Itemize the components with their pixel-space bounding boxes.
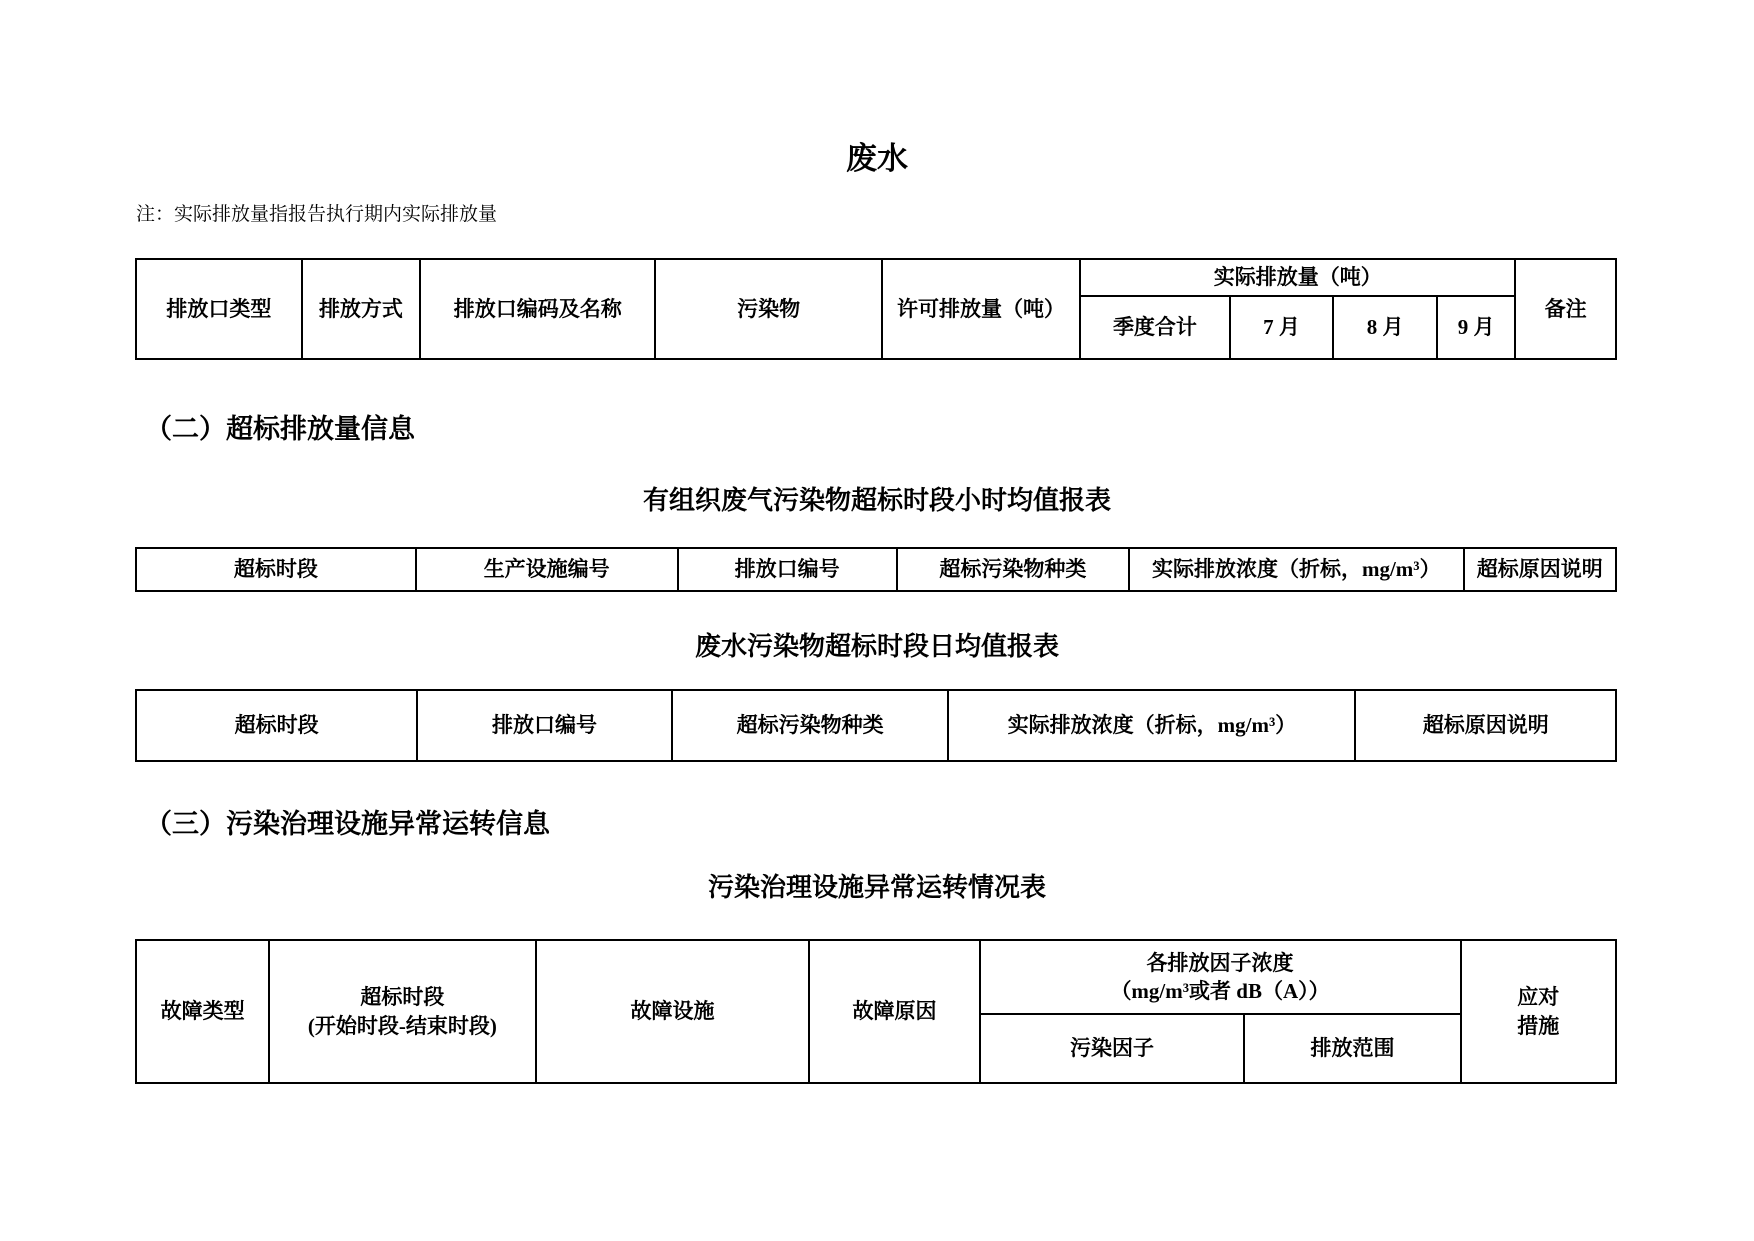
header-exceed-pollutant-type: 超标污染物种类 <box>672 690 949 761</box>
header-exceed-reason: 超标原因说明 <box>1355 690 1616 761</box>
header-actual-concentration: 实际排放浓度（折标，mg/m³） <box>1129 548 1463 591</box>
response-line1: 应对 <box>1466 983 1611 1011</box>
factor-group-line1: 各排放因子浓度 <box>985 949 1456 977</box>
page-title: 废水 <box>0 133 1754 178</box>
header-month-9: 9 月 <box>1437 296 1515 359</box>
water-exceed-table: 超标时段 排放口编号 超标污染物种类 实际排放浓度（折标，mg/m³） 超标原因… <box>135 689 1617 762</box>
header-exceed-reason: 超标原因说明 <box>1464 548 1616 591</box>
header-pollution-factor: 污染因子 <box>980 1014 1245 1083</box>
fault-period-line2: (开始时段-结束时段) <box>274 1012 530 1040</box>
header-response-measures: 应对 措施 <box>1461 940 1616 1083</box>
header-month-7: 7 月 <box>1230 296 1334 359</box>
header-outlet-number: 排放口编号 <box>678 548 897 591</box>
header-month-8: 8 月 <box>1333 296 1437 359</box>
header-permitted-amount: 许可排放量（吨） <box>882 259 1080 359</box>
header-factor-concentration-group: 各排放因子浓度 （mg/m³或者 dB（A）） <box>980 940 1461 1014</box>
header-outlet-type: 排放口类型 <box>136 259 302 359</box>
gas-exceed-table-title: 有组织废气污染物超标时段小时均值报表 <box>0 480 1754 517</box>
response-line2: 措施 <box>1466 1012 1611 1040</box>
gas-exceed-table: 超标时段 生产设施编号 排放口编号 超标污染物种类 实际排放浓度（折标，mg/m… <box>135 547 1617 592</box>
header-fault-reason: 故障原因 <box>809 940 979 1083</box>
factor-group-line2: （mg/m³或者 dB（A）） <box>985 977 1456 1005</box>
header-quarter-total: 季度合计 <box>1080 296 1229 359</box>
header-fault-type: 故障类型 <box>136 940 269 1083</box>
header-pollutant: 污染物 <box>655 259 881 359</box>
header-actual-amount-group: 实际排放量（吨） <box>1080 259 1515 296</box>
header-remarks: 备注 <box>1515 259 1616 359</box>
header-actual-concentration: 实际排放浓度（折标，mg/m³） <box>948 690 1355 761</box>
header-fault-period: 超标时段 (开始时段-结束时段) <box>269 940 535 1083</box>
header-discharge-mode: 排放方式 <box>302 259 420 359</box>
section-2-heading: （二）超标排放量信息 <box>145 407 415 446</box>
header-outlet-number: 排放口编号 <box>417 690 672 761</box>
abnormal-table-title: 污染治理设施异常运转情况表 <box>0 867 1754 904</box>
note-text: 注：实际排放量指报告执行期内实际排放量 <box>136 199 497 226</box>
water-exceed-table-title: 废水污染物超标时段日均值报表 <box>0 626 1754 663</box>
header-emission-range: 排放范围 <box>1244 1014 1460 1083</box>
header-exceed-period: 超标时段 <box>136 548 416 591</box>
wastewater-emission-table: 排放口类型 排放方式 排放口编码及名称 污染物 许可排放量（吨） 实际排放量（吨… <box>135 258 1617 360</box>
section-3-heading: （三）污染治理设施异常运转信息 <box>145 802 550 841</box>
header-production-facility-code: 生产设施编号 <box>416 548 678 591</box>
header-fault-facility: 故障设施 <box>536 940 810 1083</box>
header-exceed-period: 超标时段 <box>136 690 417 761</box>
header-outlet-code-name: 排放口编码及名称 <box>420 259 655 359</box>
fault-period-line1: 超标时段 <box>274 983 530 1011</box>
abnormal-operation-table: 故障类型 超标时段 (开始时段-结束时段) 故障设施 故障原因 各排放因子浓度 … <box>135 939 1617 1084</box>
header-exceed-pollutant-type: 超标污染物种类 <box>897 548 1129 591</box>
